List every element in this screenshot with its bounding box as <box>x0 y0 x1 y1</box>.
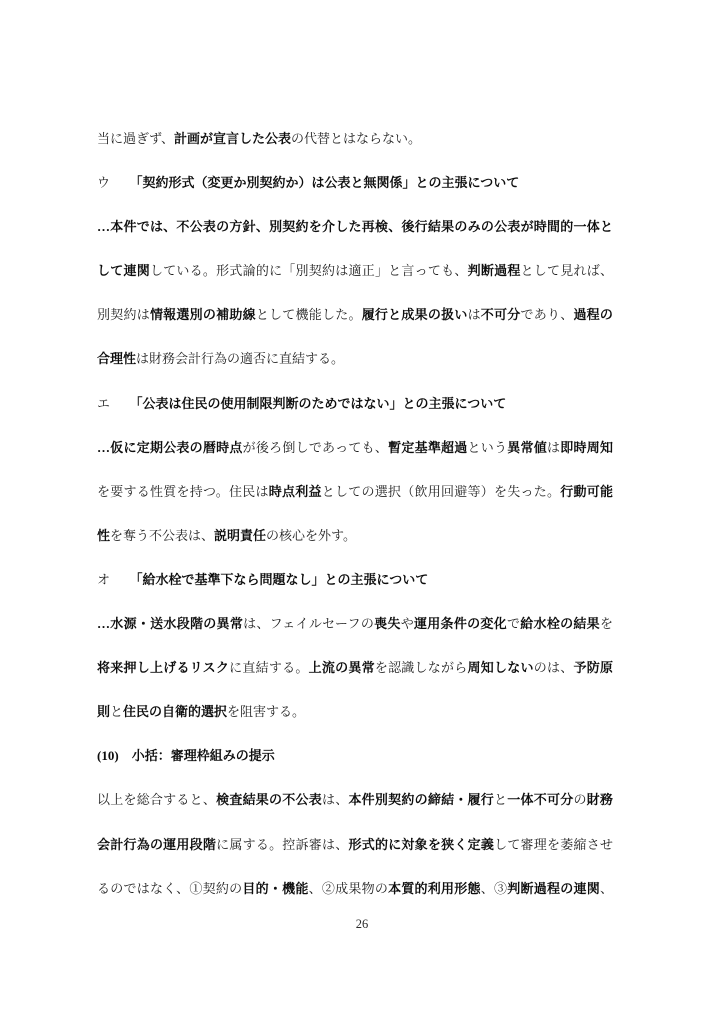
text-segment: 説明責任 <box>214 528 266 543</box>
text-segment: 本件別契約の締結・履行 <box>348 792 494 807</box>
text-segment: 性 <box>97 528 110 543</box>
text-segment: 、②成果物の <box>309 881 388 896</box>
text-segment: 周知しない <box>468 660 534 675</box>
text-segment: 小括：審理枠組みの提示 <box>132 748 275 763</box>
text-segment: を認識しながら <box>375 660 468 675</box>
text-line: るのではなく、①契約の目的・機能、②成果物の本質的利用形態、③判断過程の連関、 <box>97 867 613 911</box>
text-segment: は <box>547 440 560 455</box>
text-segment: として機能した。 <box>256 307 362 322</box>
text-segment: や <box>401 616 414 631</box>
text-line: 合理性は財務会計行為の適否に直結する。 <box>97 337 613 381</box>
text-line: 以上を総合すると、検査結果の不公表は、本件別契約の締結・履行と一体不可分の財務 <box>97 778 613 822</box>
text-segment: 給水栓の結果 <box>520 616 600 631</box>
text-segment: は、フェイルセーフの <box>243 616 374 631</box>
text-line: 性を奪う不公表は、説明責任の核心を外す。 <box>97 514 613 558</box>
text-segment: 「公表は住民の使用制限判断のためではない」との主張について <box>136 396 506 411</box>
text-segment: を要する性質を持つ。住民は <box>97 484 269 499</box>
text-segment <box>110 572 136 587</box>
heading-line: オ 「給水栓で基準下なら問題なし」との主張について <box>97 558 613 602</box>
text-segment: 行動可能 <box>560 484 613 499</box>
text-segment: 予防原 <box>573 660 612 675</box>
text-segment <box>119 748 132 763</box>
text-segment: を奪う不公表は、 <box>110 528 214 543</box>
text-segment: 本質的利用形態 <box>388 881 481 896</box>
text-segment: 別契約は <box>97 307 150 322</box>
text-segment: 過程の <box>573 307 612 322</box>
text-segment: であり、 <box>521 307 574 322</box>
text-segment: 形式的に対象を狭く定義 <box>348 837 494 852</box>
text-segment: は <box>468 307 481 322</box>
text-segment: エ <box>97 396 110 411</box>
text-segment: に直結する。 <box>229 660 308 675</box>
text-segment: 検査結果の不公表 <box>216 792 322 807</box>
text-segment: を <box>600 616 613 631</box>
text-line: 会計行為の運用段階に属する。控訴審は、形式的に対象を狭く定義して審理を萎縮させ <box>97 823 613 867</box>
text-segment: の代替とはならない。 <box>291 131 421 146</box>
text-segment: のは、 <box>534 660 574 675</box>
text-segment: と <box>110 704 123 719</box>
text-segment: 財務 <box>587 792 613 807</box>
text-segment: の <box>573 792 586 807</box>
text-segment: 異常値 <box>507 440 547 455</box>
text-segment: 運用条件の変化 <box>414 616 507 631</box>
heading-line: (10) 小括：審理枠組みの提示 <box>97 734 613 778</box>
text-segment: という <box>468 440 508 455</box>
text-segment: 、 <box>600 881 613 896</box>
text-segment: としての選択（飲用回避等）を失った。 <box>322 484 561 499</box>
text-line: 将来押し上げるリスクに直結する。上流の異常を認識しながら周知しないのは、予防原 <box>97 646 613 690</box>
text-segment: と <box>494 792 507 807</box>
text-segment: るのではなく、①契約の <box>97 881 242 896</box>
text-segment: 住民の自衛的選択 <box>123 704 227 719</box>
text-segment: して連関 <box>97 263 150 278</box>
text-line: を要する性質を持つ。住民は時点利益としての選択（飲用回避等）を失った。行動可能 <box>97 470 613 514</box>
text-segment: している。形式論的に「別契約は適正」と言っても、 <box>150 263 468 278</box>
page-number: 26 <box>0 917 724 932</box>
text-line: 則と住民の自衛的選択を阻害する。 <box>97 690 613 734</box>
text-segment: 時点利益 <box>269 484 322 499</box>
text-segment: …仮に定期公表の暦時点 <box>97 440 243 455</box>
text-segment: 即時周知 <box>560 440 613 455</box>
text-segment: は、 <box>322 792 348 807</box>
text-segment: 以上を総合すると、 <box>97 792 216 807</box>
text-line: 別契約は情報選別の補助線として機能した。履行と成果の扱いは不可分であり、過程の <box>97 293 613 337</box>
text-line: …仮に定期公表の暦時点が後ろ倒しであっても、暫定基準超過という異常値は即時周知 <box>97 426 613 470</box>
text-segment: して審理を萎縮させ <box>494 837 613 852</box>
text-line: …水源・送水段階の異常は、フェイルセーフの喪失や運用条件の変化で給水栓の結果を <box>97 602 613 646</box>
text-segment <box>110 396 136 411</box>
text-segment <box>110 175 136 190</box>
text-segment: 判断過程の連関 <box>507 881 600 896</box>
text-segment: 目的・機能 <box>242 881 308 896</box>
text-segment: に属する。控訴審は、 <box>216 837 348 852</box>
text-segment: 一体不可分 <box>507 792 573 807</box>
text-segment: 当に過ぎず、 <box>97 131 174 146</box>
text-segment: 判断過程 <box>468 263 521 278</box>
text-segment: で <box>507 616 520 631</box>
text-line: して連関している。形式論的に「別契約は適正」と言っても、判断過程として見れば、 <box>97 249 613 293</box>
text-line: 当に過ぎず、計画が宣言した公表の代替とはならない。 <box>97 117 613 161</box>
text-segment: 、③ <box>481 881 507 896</box>
text-segment: 合理性 <box>97 351 136 366</box>
text-segment: 「契約形式（変更か別契約か）は公表と無関係」との主張について <box>136 175 519 190</box>
text-segment: の核心を外す。 <box>266 528 356 543</box>
heading-line: エ 「公表は住民の使用制限判断のためではない」との主張について <box>97 382 613 426</box>
text-segment: 情報選別の補助線 <box>150 307 256 322</box>
text-segment: を阻害する。 <box>227 704 305 719</box>
text-segment: 上流の異常 <box>309 660 375 675</box>
text-segment: 暫定基準超過 <box>388 440 467 455</box>
text-segment: 計画が宣言した公表 <box>174 131 291 146</box>
text-segment: 会計行為の運用段階 <box>97 837 216 852</box>
heading-line: ウ 「契約形式（変更か別契約か）は公表と無関係」との主張について <box>97 161 613 205</box>
text-segment: オ <box>97 572 110 587</box>
text-segment: ウ <box>97 175 110 190</box>
text-line: …本件では、不公表の方針、別契約を介した再検、後行結果のみの公表が時間的一体と <box>97 205 613 249</box>
text-segment: 則 <box>97 704 110 719</box>
text-segment: として見れば、 <box>521 263 613 278</box>
text-segment: が後ろ倒しであっても、 <box>243 440 388 455</box>
text-segment: 不可分 <box>481 307 521 322</box>
text-segment: (10) <box>97 748 119 763</box>
text-segment: …水源・送水段階の異常 <box>97 616 243 631</box>
text-segment: 履行と成果の扱い <box>362 307 468 322</box>
text-segment: …本件では、不公表の方針、別契約を介した再検、後行結果のみの公表が時間的一体と <box>97 219 613 234</box>
text-segment: は財務会計行為の適否に直結する。 <box>136 351 344 366</box>
document-body: 当に過ぎず、計画が宣言した公表の代替とはならない。ウ 「契約形式（変更か別契約か… <box>97 117 613 911</box>
text-segment: 喪失 <box>374 616 401 631</box>
text-segment: 将来押し上げるリスク <box>97 660 229 675</box>
text-segment: 「給水栓で基準下なら問題なし」との主張について <box>136 572 428 587</box>
